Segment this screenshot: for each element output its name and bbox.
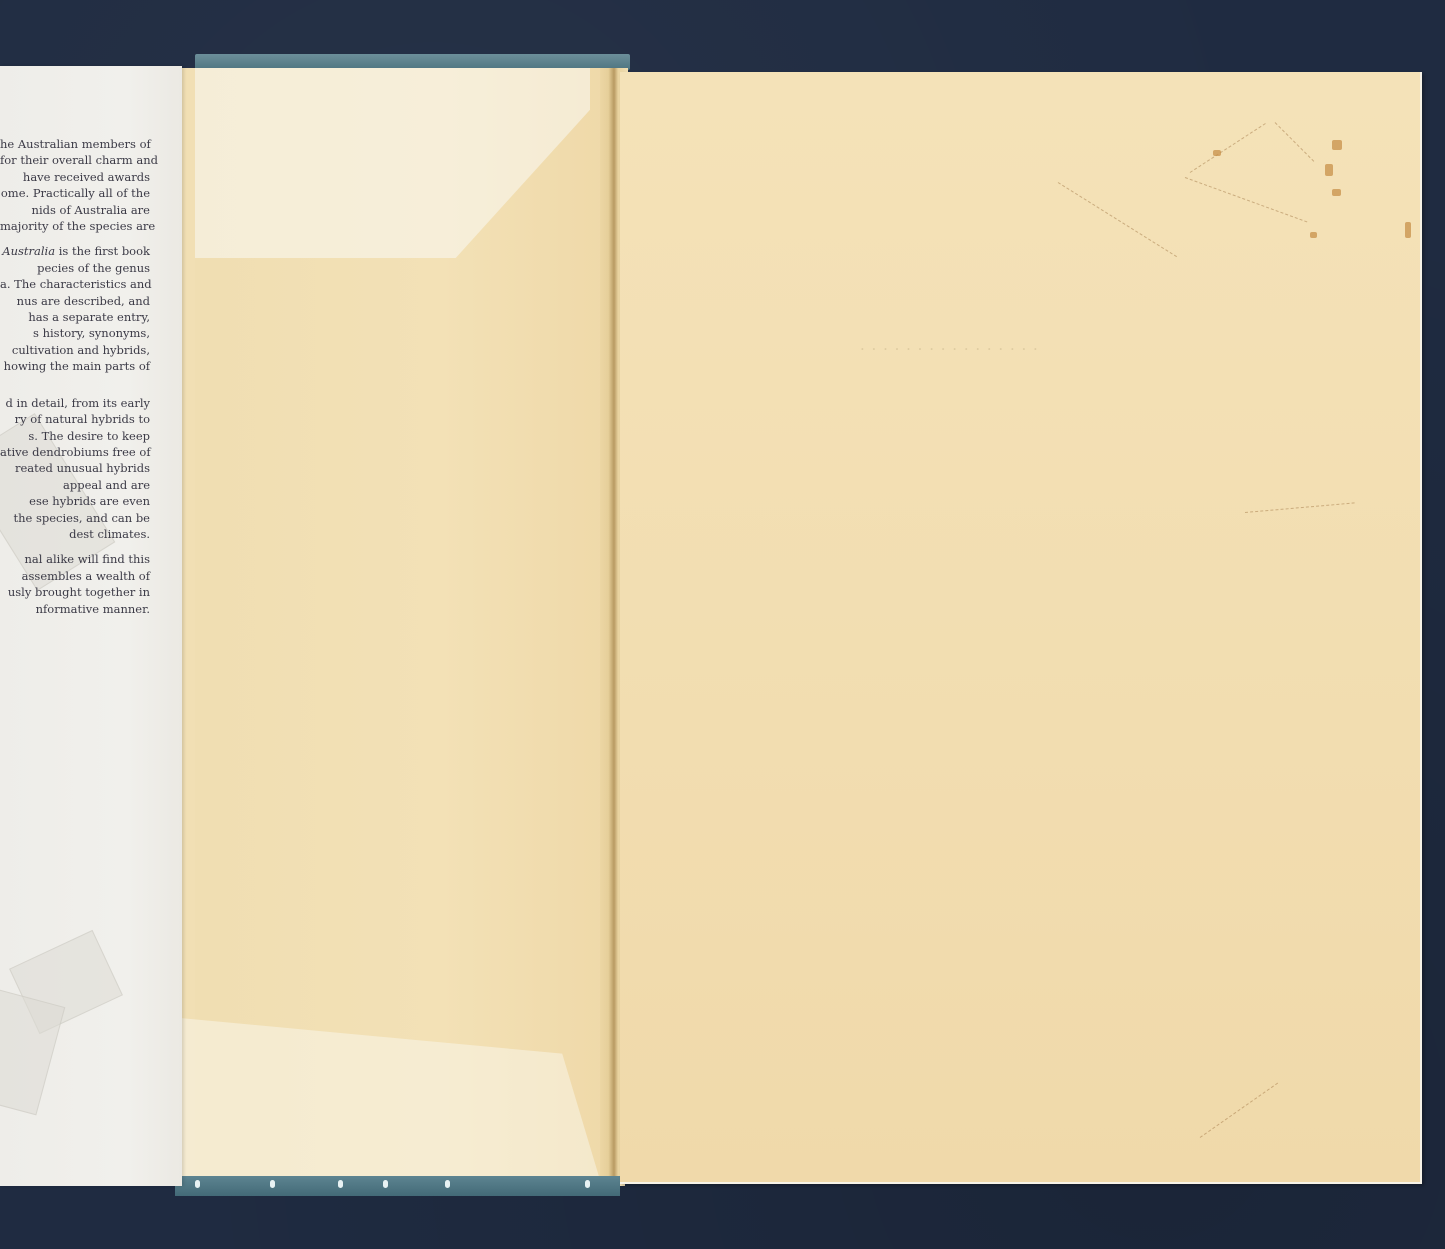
stain-spot [1325,164,1333,176]
tape-residue-mark [1200,1083,1278,1138]
tape-residue-mark [1275,122,1315,162]
blurb-paragraph-2: Australia is the first book pecies of th… [0,243,150,374]
dust-jacket-front-flap: he Australian members of for their overa… [0,66,182,1186]
tape-residue-mark [1058,182,1177,257]
tape-residue-mark [1245,502,1355,513]
stain-spot [1332,189,1341,196]
stain-spot [1405,222,1411,238]
dust-jacket-spine-bottom [175,1176,620,1196]
flap-tape-piece [0,989,65,1116]
free-endpaper-page[interactable]: · · · · · · · · · · · · · · · · [620,72,1422,1184]
blurb-paragraph-1: he Australian members of for their overa… [0,136,150,234]
tape-residue-mark [1190,123,1266,173]
stain-spot [1310,232,1317,238]
blurb-paragraph-3: d in detail, from its early ry of natura… [0,395,150,543]
tape-residue-mark [1185,177,1308,222]
bleed-through-title: · · · · · · · · · · · · · · · · [860,340,1160,358]
flap-blurb: he Australian members of for their overa… [0,136,150,626]
blurb-paragraph-4: nal alike will find this assembles a wea… [0,551,150,617]
stain-spot [1332,140,1342,150]
stain-spot [1213,150,1221,156]
